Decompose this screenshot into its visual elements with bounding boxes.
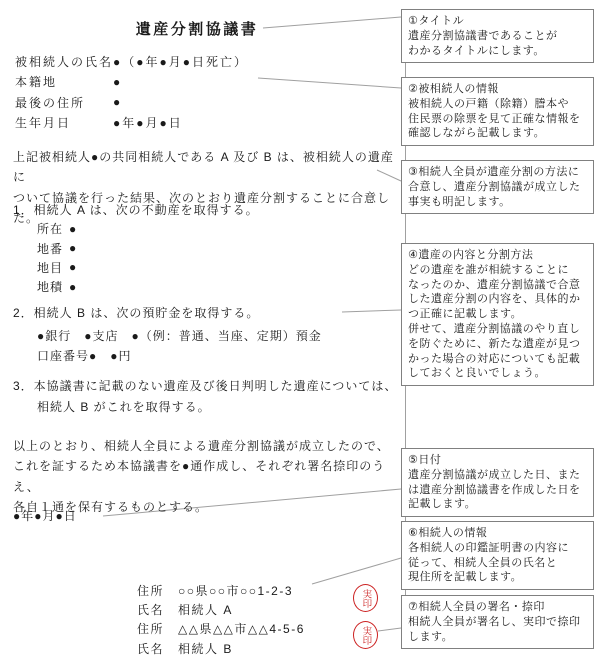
signature-block: 住所 ○○県○○市○○1-2-3 氏名 相続人 A 住所 △△県△△市△△4-5… (137, 581, 305, 658)
item-1-heading: 1．相続人 A は、次の不動産を取得する。 (13, 201, 259, 218)
detail-value: ● (69, 260, 77, 274)
item-3-continuation: 相続人 B がこれを取得する。 (37, 397, 211, 417)
registered-seal-stamp-b: 実印 (353, 621, 378, 649)
closing-paragraph: 以上のとおり、相続人全員による遺産分割協議が成立したので、 これを証するため本協… (13, 436, 405, 517)
signature-label: 氏名 (137, 640, 178, 657)
annotation-box-5-date: ⑤日付 遺産分割協議が成立した日、また は遺産分割協議書を作成した日を 記載しま… (401, 448, 594, 517)
decedent-info-fields: 被相続人の氏名 ●（●年●月●日死亡） 本籍地 ● 最後の住所 ● 生年月日 ●… (15, 51, 248, 133)
field-row-decedent-name: 被相続人の氏名 ●（●年●月●日死亡） (15, 51, 248, 72)
annotation-box-2-decedent-info: ②被相続人の情報 被相続人の戸籍（除籍）謄本や 住民票の除票を見て正確な情報を … (401, 77, 594, 146)
field-value: ● (113, 75, 122, 89)
signature-label: 住所 (137, 582, 178, 599)
document-date: ●年●月●日 (13, 507, 77, 524)
field-label: 最後の住所 (15, 94, 113, 111)
signature-value: 相続人 A (178, 601, 233, 618)
detail-label: 所在 (37, 220, 69, 237)
detail-row-lot-number: 地番 ● (37, 238, 77, 257)
annotation-box-1-title: ①タイトル 遺産分割協議書であることが わかるタイトルにします。 (401, 9, 594, 63)
field-label: 生年月日 (15, 114, 113, 131)
signature-row-address-b: 住所 △△県△△市△△4-5-6 (137, 619, 305, 638)
field-label: 本籍地 (15, 73, 113, 90)
item-3-heading: 3．本協議書に記載のない遺産及び後日判明した遺産については、 (13, 377, 397, 394)
item-2-heading: 2．相続人 B は、次の預貯金を取得する。 (13, 304, 259, 321)
detail-label: 地目 (37, 259, 69, 276)
signature-value: △△県△△市△△4-5-6 (178, 620, 305, 637)
document-page: 遺産分割協議書 被相続人の氏名 ●（●年●月●日死亡） 本籍地 ● 最後の住所 … (0, 0, 600, 660)
annotation-box-4-division-method: ④遺産の内容と分割方法 どの遺産を誰が相続することに なったのか、遺産分割協議で… (401, 243, 594, 386)
field-label: 被相続人の氏名 (15, 53, 113, 70)
field-row-registered-domicile: 本籍地 ● (15, 72, 248, 93)
signature-value: 相続人 B (178, 640, 233, 657)
detail-row-land-category: 地目 ● (37, 258, 77, 277)
item-2-bank-details: ●銀行 ●支店 ●（例：普通、当座、定期）預金 口座番号● ●円 (37, 326, 322, 367)
detail-label: 地積 (37, 278, 69, 295)
seal-text: 実印 (361, 589, 371, 608)
field-row-last-address: 最後の住所 ● (15, 92, 248, 113)
annotation-box-6-heir-info: ⑥相続人の情報 各相続人の印鑑証明書の内容に 従って、相続人全員の氏名と 現住所… (401, 521, 594, 590)
document-title: 遺産分割協議書 (0, 18, 394, 39)
field-row-birthdate: 生年月日 ●年●月●日 (15, 113, 248, 134)
registered-seal-stamp-a: 実印 (353, 584, 378, 612)
signature-label: 住所 (137, 620, 178, 637)
detail-row-land-area: 地積 ● (37, 277, 77, 296)
signature-row-name-b: 氏名 相続人 B (137, 639, 305, 658)
detail-value: ● (69, 241, 77, 255)
detail-label: 地番 (37, 240, 69, 257)
detail-row-location: 所在 ● (37, 219, 77, 238)
field-value: ●年●月●日 (113, 114, 183, 131)
item-1-property-details: 所在 ● 地番 ● 地目 ● 地積 ● (37, 219, 77, 297)
annotation-box-3-agreement-fact: ③相続人全員が遺産分割の方法に 合意し、遺産分割協議が成立した 事実も明記します… (401, 160, 594, 214)
signature-label: 氏名 (137, 601, 178, 618)
annotation-box-7-signature-seal: ⑦相続人全員の署名・捺印 相続人全員が署名し、実印で捺印 します。 (401, 595, 594, 649)
field-value: ● (113, 95, 122, 109)
detail-value: ● (69, 222, 77, 236)
signature-row-address-a: 住所 ○○県○○市○○1-2-3 (137, 581, 305, 600)
signature-value: ○○県○○市○○1-2-3 (178, 582, 293, 599)
detail-value: ● (69, 280, 77, 294)
seal-text: 実印 (361, 626, 371, 645)
signature-row-name-a: 氏名 相続人 A (137, 600, 305, 619)
field-value: ●（●年●月●日死亡） (113, 53, 248, 70)
